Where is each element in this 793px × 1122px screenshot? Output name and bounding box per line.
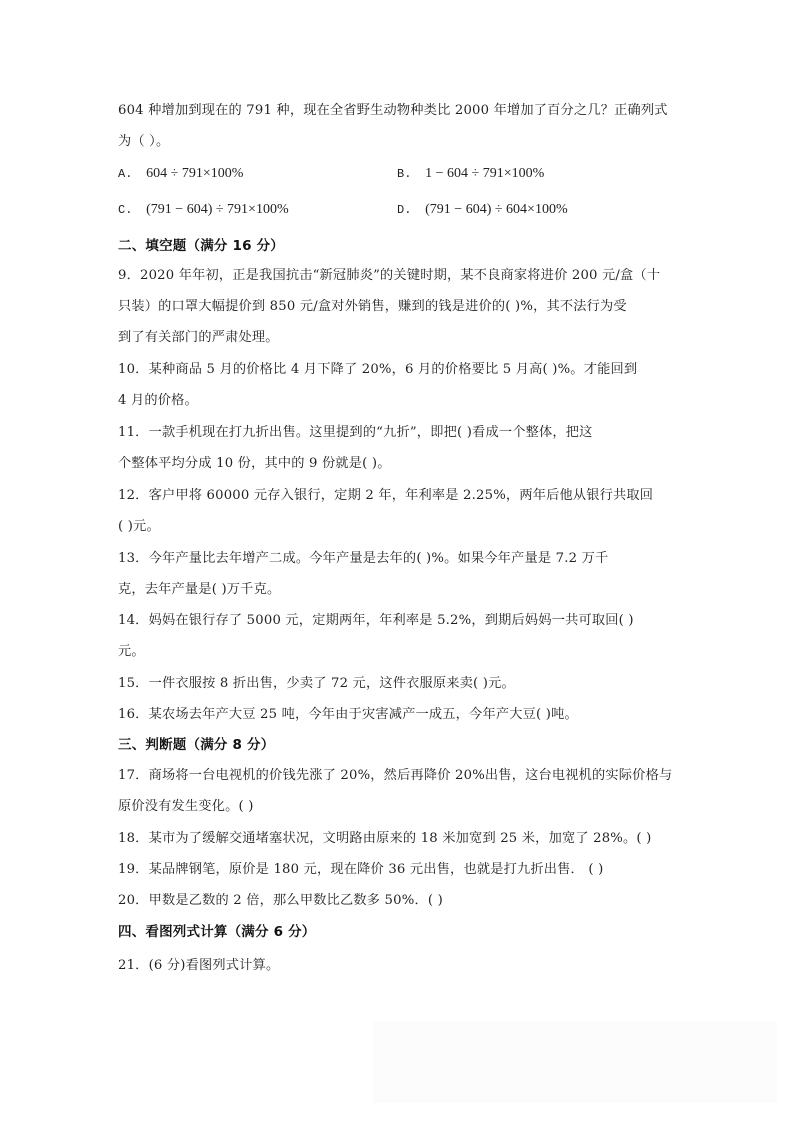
question-12-line-2: ( )元。 bbox=[118, 517, 160, 537]
option-d-formula: (791 − 604) ÷ 604×100% bbox=[425, 202, 567, 217]
question-8-text-line-2: 为（ ）。 bbox=[118, 132, 169, 152]
question-16-line-1: 16．某农场去年产大豆 25 吨，今年由于灾害减产一成五，今年产大豆( )吨。 bbox=[118, 705, 578, 725]
question-15-line-1: 15．一件衣服按 8 折出售，少卖了 72 元，这件衣服原来卖( )元。 bbox=[118, 674, 515, 694]
section-2-heading: 二、填空题（满分 16 分） bbox=[118, 236, 284, 256]
option-a-letter: A. bbox=[118, 164, 142, 184]
question-20-line-1: 20．甲数是乙数的 2 倍，那么甲数比乙数多 50%．( ) bbox=[118, 891, 443, 911]
option-c-letter: C. bbox=[118, 200, 142, 220]
question-10-line-2: 4 月的价格。 bbox=[118, 391, 198, 411]
option-b-letter: B. bbox=[397, 164, 421, 184]
option-d: D. (791 − 604) ÷ 604×100% bbox=[397, 200, 568, 220]
question-21-figure bbox=[373, 1021, 777, 1103]
option-c: C. (791 − 604) ÷ 791×100% bbox=[118, 200, 289, 220]
question-8-text-line-1: 604 种增加到现在的 791 种，现在全省野生动物种类比 2000 年增加了百… bbox=[118, 101, 668, 121]
question-17-line-1: 17．商场将一台电视机的价钱先涨了 20%，然后再降价 20%出售，这台电视机的… bbox=[118, 766, 672, 786]
question-13-line-1: 13．今年产量比去年增产二成。今年产量是去年的( )%。如果今年产量是 7.2 … bbox=[118, 549, 608, 569]
question-14-line-1: 14．妈妈在银行存了 5000 元，定期两年，年利率是 5.2%，到期后妈妈一共… bbox=[118, 611, 634, 631]
question-12-line-1: 12．客户甲将 60000 元存入银行，定期 2 年，年利率是 2.25%，两年… bbox=[118, 486, 653, 506]
question-19-line-1: 19．某品牌钢笔，原价是 180 元，现在降价 36 元出售，也就是打九折出售．… bbox=[118, 860, 603, 880]
question-14-line-2: 元。 bbox=[118, 642, 145, 662]
question-18-line-1: 18．某市为了缓解交通堵塞状况，文明路由原来的 18 米加宽到 25 米，加宽了… bbox=[118, 829, 652, 849]
question-21-line-1: 21．(6 分)看图列式计算。 bbox=[118, 956, 279, 976]
option-a-formula: 604 ÷ 791×100% bbox=[146, 166, 243, 181]
option-c-formula: (791 − 604) ÷ 791×100% bbox=[146, 202, 288, 217]
section-3-heading: 三、判断题（满分 8 分） bbox=[118, 735, 274, 755]
option-b: B. 1 − 604 ÷ 791×100% bbox=[397, 164, 544, 184]
question-11-line-1: 11．一款手机现在打九折出售。这里提到的“九折”，即把( )看成一个整体，把这 bbox=[118, 423, 593, 443]
question-13-line-2: 克，去年产量是( )万千克。 bbox=[118, 580, 280, 600]
exam-page: 604 种增加到现在的 791 种，现在全省野生动物种类比 2000 年增加了百… bbox=[0, 0, 793, 1122]
question-9-line-2: 只装）的口罩大幅提价到 850 元/盒对外销售，赚到的钱是进价的( )%，其不法… bbox=[118, 297, 627, 317]
question-11-line-2: 个整体平均分成 10 份，其中的 9 份就是( )。 bbox=[118, 454, 391, 474]
question-9-line-3: 到了有关部门的严肃处理。 bbox=[118, 328, 279, 348]
option-d-letter: D. bbox=[397, 200, 421, 220]
question-9-line-1: 9．2020 年年初，正是我国抗击“新冠肺炎”的关键时期，某不良商家将进价 20… bbox=[118, 266, 660, 286]
option-a: A. 604 ÷ 791×100% bbox=[118, 164, 243, 184]
question-10-line-1: 10．某种商品 5 月的价格比 4 月下降了 20%，6 月的价格要比 5 月高… bbox=[118, 360, 637, 380]
section-4-heading: 四、看图列式计算（满分 6 分） bbox=[118, 922, 316, 942]
question-17-line-2: 原价没有发生变化。( ) bbox=[118, 797, 254, 817]
option-b-formula: 1 − 604 ÷ 791×100% bbox=[425, 166, 544, 181]
